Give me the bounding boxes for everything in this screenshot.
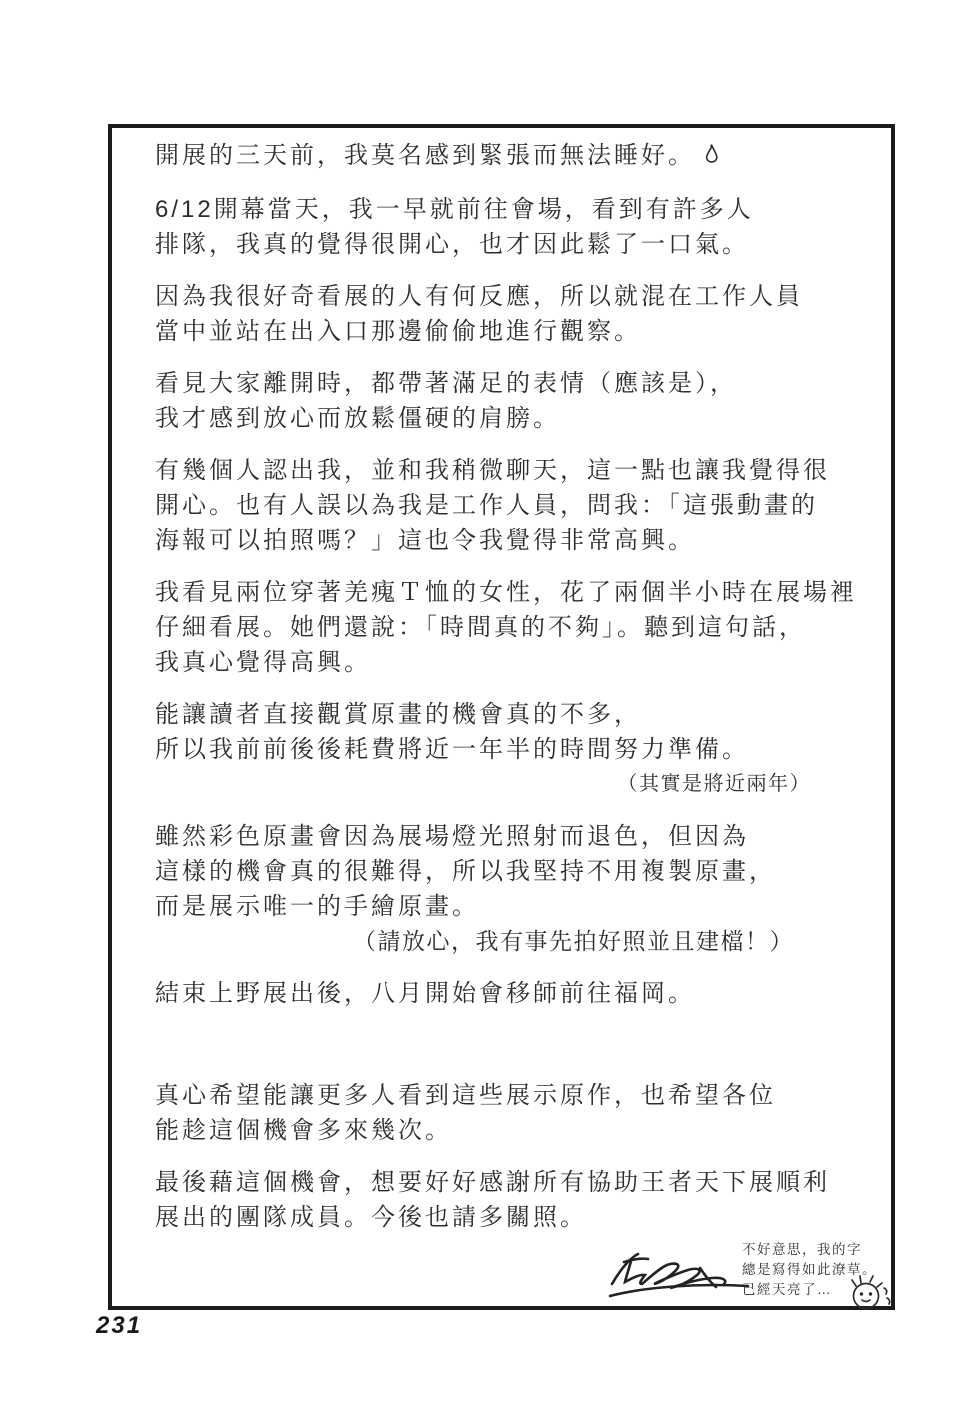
sweat-drop-icon xyxy=(705,140,718,175)
text-line: 我真心覺得高興。 xyxy=(155,645,873,680)
paragraph: 我看見兩位穿著羌瘣Ｔ恤的女性，花了兩個半小時在展場裡 仔細看展。她們還說：「時間… xyxy=(155,575,873,680)
text-line: 有幾個人認出我，並和我稍微聊天，這一點也讓我覺得很 xyxy=(155,453,873,488)
aside-note: （請放心，我有事先拍好照並且建檔！） xyxy=(155,924,873,959)
text-line: 這樣的機會真的很難得，所以我堅持不用複製原畫， xyxy=(155,854,873,889)
text-line: 看見大家離開時，都帶著滿足的表情（應該是）， xyxy=(155,366,873,401)
text-line: 真心希望能讓更多人看到這些展示原作，也希望各位 xyxy=(155,1078,873,1113)
paragraph: 因為我很好奇看展的人有何反應，所以就混在工作人員 當中並站在出入口那邊偷偷地進行… xyxy=(155,279,873,349)
text-line: 開心。也有人誤以為我是工作人員，問我：「這張動畫的 xyxy=(155,488,873,523)
text-line: 已經天亮了… xyxy=(742,1280,907,1300)
text-line: 能趁這個機會多來幾次。 xyxy=(155,1113,873,1148)
text-line: 因為我很好奇看展的人有何反應，所以就混在工作人員 xyxy=(155,279,873,314)
paragraph: 看見大家離開時，都帶著滿足的表情（應該是）， 我才感到放心而放鬆僵硬的肩膀。 xyxy=(155,366,873,436)
text-line: 開展的三天前，我莫名感到緊張而無法睡好。 xyxy=(155,142,695,169)
text-line: 我看見兩位穿著羌瘣Ｔ恤的女性，花了兩個半小時在展場裡 xyxy=(155,575,873,610)
doodle-face-icon xyxy=(847,1272,895,1319)
paragraph: 結束上野展出後，八月開始會移師前往福岡。 xyxy=(155,976,873,1011)
text-line: 6/12開幕當天，我一早就前往會場，看到有許多人 xyxy=(155,192,873,227)
paragraph: 真心希望能讓更多人看到這些展示原作，也希望各位 能趁這個機會多來幾次。 xyxy=(155,1078,873,1148)
author-signature xyxy=(604,1246,754,1309)
text-line: 排隊，我真的覺得很開心，也才因此鬆了一口氣。 xyxy=(155,227,873,262)
text-line: 仔細看展。她們還說：「時間真的不夠」。聽到這句話， xyxy=(155,610,873,645)
aside-note: （其實是將近兩年） xyxy=(155,767,873,802)
text-line: 而是展示唯一的手繪原畫。 xyxy=(155,889,873,924)
text-line: 最後藉這個機會，想要好好感謝所有協助王者天下展順利 xyxy=(155,1165,873,1200)
text-line: 展出的團隊成員。今後也請多關照。 xyxy=(155,1200,873,1235)
text-line: 雖然彩色原畫會因為展場燈光照射而退色，但因為 xyxy=(155,819,873,854)
text-line: 結束上野展出後，八月開始會移師前往福岡。 xyxy=(155,976,873,1011)
page-number: 231 xyxy=(96,1312,142,1340)
text-line: 總是寫得如此潦草。 xyxy=(742,1260,907,1280)
afterword-text: 開展的三天前，我莫名感到緊張而無法睡好。 6/12開幕當天，我一早就前往會場，看… xyxy=(155,138,873,1252)
paragraph: 6/12開幕當天，我一早就前往會場，看到有許多人 排隊，我真的覺得很開心，也才因… xyxy=(155,192,873,262)
paragraph: 雖然彩色原畫會因為展場燈光照射而退色，但因為 這樣的機會真的很難得，所以我堅持不… xyxy=(155,819,873,959)
text-line: 海報可以拍照嗎？」這也令我覺得非常高興。 xyxy=(155,523,873,558)
text-line: 能讓讀者直接觀賞原畫的機會真的不多， xyxy=(155,697,873,732)
text-line: 所以我前前後後耗費將近一年半的時間努力準備。 xyxy=(155,732,873,767)
text-line: 我才感到放心而放鬆僵硬的肩膀。 xyxy=(155,401,873,436)
paragraph: 有幾個人認出我，並和我稍微聊天，這一點也讓我覺得很 開心。也有人誤以為我是工作人… xyxy=(155,453,873,558)
paragraph: 最後藉這個機會，想要好好感謝所有協助王者天下展順利 展出的團隊成員。今後也請多關… xyxy=(155,1165,873,1235)
text-line: 當中並站在出入口那邊偷偷地進行觀察。 xyxy=(155,314,873,349)
paragraph: 能讓讀者直接觀賞原畫的機會真的不多， 所以我前前後後耗費將近一年半的時間努力準備… xyxy=(155,697,873,802)
paragraph: 開展的三天前，我莫名感到緊張而無法睡好。 xyxy=(155,138,873,175)
afterword-frame: 開展的三天前，我莫名感到緊張而無法睡好。 6/12開幕當天，我一早就前往會場，看… xyxy=(108,124,895,1310)
